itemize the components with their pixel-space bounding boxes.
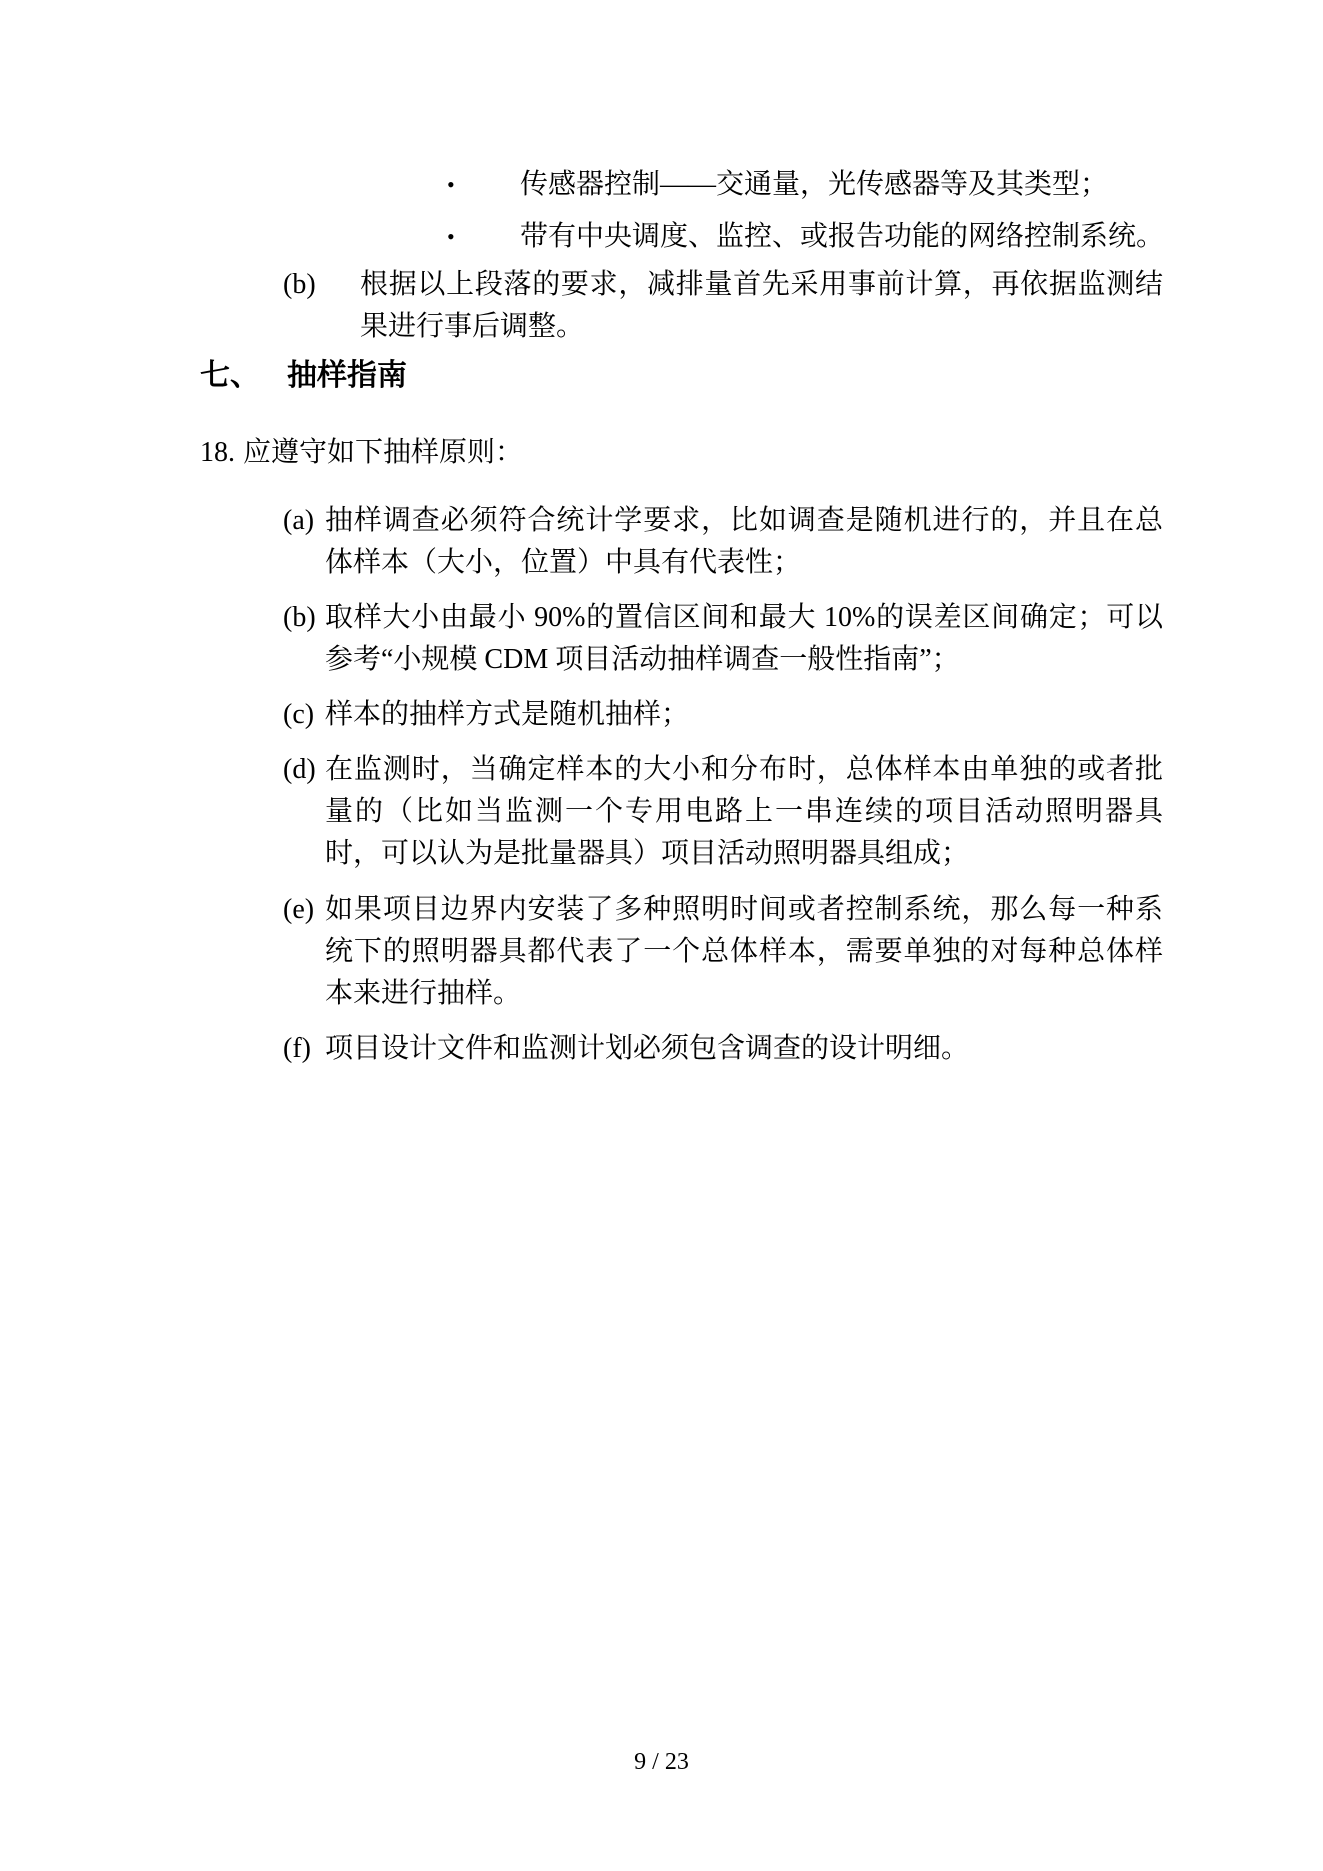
item-body: 如果项目边界内安装了多种照明时间或者控制系统，那么每一种系 统下的照明器具都代表… (325, 889, 1163, 1015)
item-body: 根据以上段落的要求，减排量首先采用事前计算，再依据监测结 果进行事后调整。 (360, 264, 1163, 348)
section-heading: 七、 抽样指南 (0, 352, 1323, 400)
item-line: 如果项目边界内安装了多种照明时间或者控制系统，那么每一种系 (325, 889, 1163, 931)
item-label: (f) (283, 1028, 325, 1070)
document-content: • 传感器控制——交通量，光传感器等及其类型； • 带有中央调度、监控、或报告功… (0, 0, 1323, 1070)
bullet-text: 传感器控制——交通量，光传感器等及其类型； (520, 164, 1170, 206)
item-label: (e) (283, 889, 325, 1015)
item-label: (b) (283, 597, 325, 681)
paragraph-text: 应遵守如下抽样原则： (243, 432, 523, 474)
bullet-text: 带有中央调度、监控、或报告功能的网络控制系统。 (520, 216, 1170, 258)
item-line: 果进行事后调整。 (360, 306, 1163, 348)
item-line: 本来进行抽样。 (325, 973, 1163, 1015)
item-line: 统下的照明器具都代表了一个总体样本，需要单独的对每种总体样 (325, 931, 1163, 973)
item-line: 体样本（大小，位置）中具有代表性； (325, 542, 1163, 584)
paragraph-number: 18. (200, 432, 243, 474)
item-body: 样本的抽样方式是随机抽样； (325, 694, 1163, 736)
list-item-f: (f) 项目设计文件和监测计划必须包含调查的设计明细。 (0, 1028, 1323, 1070)
item-line: 项目设计文件和监测计划必须包含调查的设计明细。 (325, 1028, 1163, 1070)
item-line: 在监测时，当确定样本的大小和分布时，总体样本由单独的或者批 (325, 749, 1163, 791)
document-page: • 传感器控制——交通量，光传感器等及其类型； • 带有中央调度、监控、或报告功… (0, 0, 1323, 1871)
bullet-item: • 传感器控制——交通量，光传感器等及其类型； (0, 164, 1323, 206)
bullet-icon: • (447, 216, 520, 258)
item-line: 时，可以认为是批量器具）项目活动照明器具组成； (325, 833, 1163, 875)
item-label: (a) (283, 500, 325, 584)
item-line: 样本的抽样方式是随机抽样； (325, 694, 1163, 736)
paragraph-18: 18. 应遵守如下抽样原则： (0, 432, 1323, 474)
item-line: 取样大小由最小 90%的置信区间和最大 10%的误差区间确定；可以 (325, 597, 1163, 639)
section-number: 七、 (200, 352, 287, 400)
section-title: 抽样指南 (287, 352, 407, 400)
list-item-e: (e) 如果项目边界内安装了多种照明时间或者控制系统，那么每一种系 统下的照明器… (0, 889, 1323, 1015)
item-body: 在监测时，当确定样本的大小和分布时，总体样本由单独的或者批 量的（比如当监测一个… (325, 749, 1163, 875)
list-item-b: (b) 取样大小由最小 90%的置信区间和最大 10%的误差区间确定；可以 参考… (0, 597, 1323, 681)
bullet-item: • 带有中央调度、监控、或报告功能的网络控制系统。 (0, 216, 1323, 258)
list-item-d: (d) 在监测时，当确定样本的大小和分布时，总体样本由单独的或者批 量的（比如当… (0, 749, 1323, 875)
item-line: 抽样调查必须符合统计学要求，比如调查是随机进行的，并且在总 (325, 500, 1163, 542)
item-label: (c) (283, 694, 325, 736)
list-item-c: (c) 样本的抽样方式是随机抽样； (0, 694, 1323, 736)
item-body: 抽样调查必须符合统计学要求，比如调查是随机进行的，并且在总 体样本（大小，位置）… (325, 500, 1163, 584)
item-line: 参考“小规模 CDM 项目活动抽样调查一般性指南”； (325, 639, 1163, 681)
bullet-icon: • (447, 164, 520, 206)
list-item-a: (a) 抽样调查必须符合统计学要求，比如调查是随机进行的，并且在总 体样本（大小… (0, 500, 1323, 584)
item-line: 量的（比如当监测一个专用电路上一串连续的项目活动照明器具 (325, 791, 1163, 833)
item-label: (b) (283, 264, 360, 348)
list-item-b-intro: (b) 根据以上段落的要求，减排量首先采用事前计算，再依据监测结 果进行事后调整… (0, 264, 1323, 348)
item-label: (d) (283, 749, 325, 875)
item-body: 项目设计文件和监测计划必须包含调查的设计明细。 (325, 1028, 1163, 1070)
item-line: 根据以上段落的要求，减排量首先采用事前计算，再依据监测结 (360, 264, 1163, 306)
item-body: 取样大小由最小 90%的置信区间和最大 10%的误差区间确定；可以 参考“小规模… (325, 597, 1163, 681)
page-number: 9 / 23 (0, 1741, 1323, 1783)
